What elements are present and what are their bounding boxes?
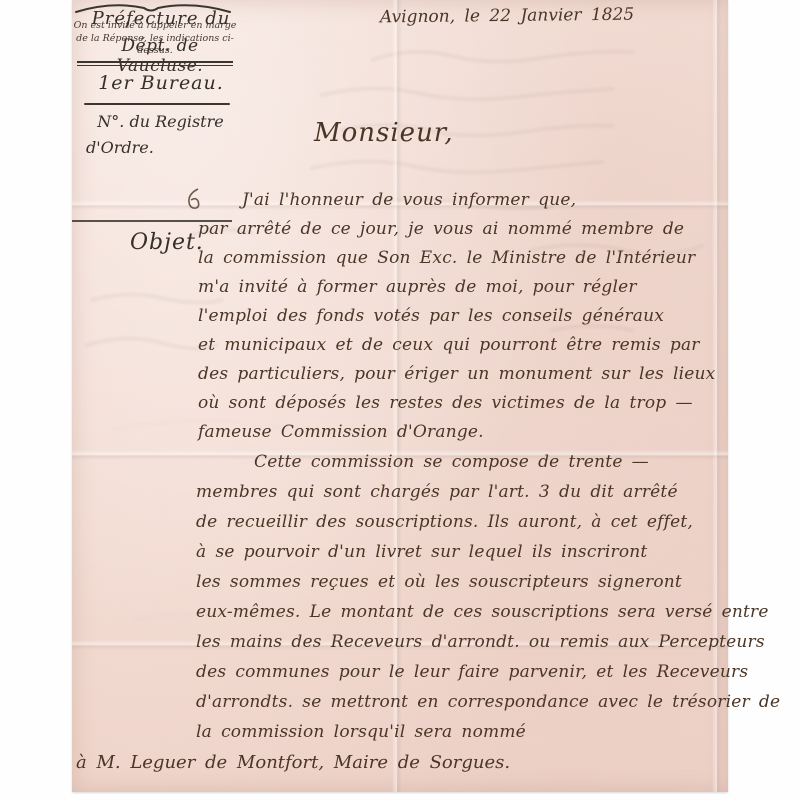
body-paragraph-1: J'ai l'honneur de vous informer que, par… xyxy=(198,190,715,451)
salutation: Monsieur, xyxy=(314,118,454,148)
letterhead-divider-double-2 xyxy=(77,65,233,66)
body-line: J'ai l'honneur de vous informer que, xyxy=(198,190,715,219)
body-line: membres qui sont chargés par l'art. 3 du… xyxy=(196,482,780,512)
letterhead-office-line2: Dépt. de Vaucluse. xyxy=(80,36,240,76)
body-line: fameuse Commission d'Orange. xyxy=(198,422,715,451)
body-line: m'a invité à former auprès de moi, pour … xyxy=(198,277,715,306)
body-line: la commission lorsqu'il sera nommé xyxy=(196,722,780,752)
body-line: de recueillir des souscriptions. Ils aur… xyxy=(196,512,780,542)
body-line: les mains des Receveurs d'arrondt. ou re… xyxy=(196,632,780,662)
body-line: l'emploi des fonds votés par les conseil… xyxy=(198,306,715,335)
body-line: des communes pour le leur faire parvenir… xyxy=(196,662,780,692)
body-paragraph-2: Cette commission se compose de trente — … xyxy=(196,452,780,752)
letterhead-bureau-line: 1er Bureau. xyxy=(86,72,236,94)
letterhead-divider xyxy=(84,103,230,105)
body-line: eux-mêmes. Le montant de ces souscriptio… xyxy=(196,602,780,632)
letterhead-register-line2: d'Ordre. xyxy=(86,138,154,157)
scanned-letter-page: Préfecture du Dépt. de Vaucluse. 1er Bur… xyxy=(0,0,800,800)
body-line: des particuliers, pour ériger un monumen… xyxy=(198,364,715,393)
body-line: à se pourvoir d'un livret sur lequel ils… xyxy=(196,542,780,572)
body-line: Cette commission se compose de trente — xyxy=(196,452,780,482)
body-line: où sont déposés les restes des victimes … xyxy=(198,393,715,422)
dateline: Avignon, le 22 Janvier 1825 xyxy=(380,5,634,28)
body-line: et municipaux et de ceux qui pourront êt… xyxy=(198,335,715,364)
letter-paper: Préfecture du Dépt. de Vaucluse. 1er Bur… xyxy=(72,0,728,792)
letterhead-objet-label: Objet. xyxy=(130,230,204,255)
closing-address: à M. Leguer de Montfort, Maire de Sorgue… xyxy=(76,752,510,773)
letterhead-register-line1: N°. du Registre xyxy=(88,112,233,131)
body-line: par arrêté de ce jour, je vous ai nommé … xyxy=(198,219,715,248)
body-line: la commission que Son Exc. le Ministre d… xyxy=(198,248,715,277)
body-line: d'arrondts. se mettront en correspondanc… xyxy=(196,692,780,722)
body-line: les sommes reçues et où les souscripteur… xyxy=(196,572,780,602)
letterhead-divider-double xyxy=(77,61,233,63)
letterhead-office-line1: Préfecture du xyxy=(86,8,236,29)
